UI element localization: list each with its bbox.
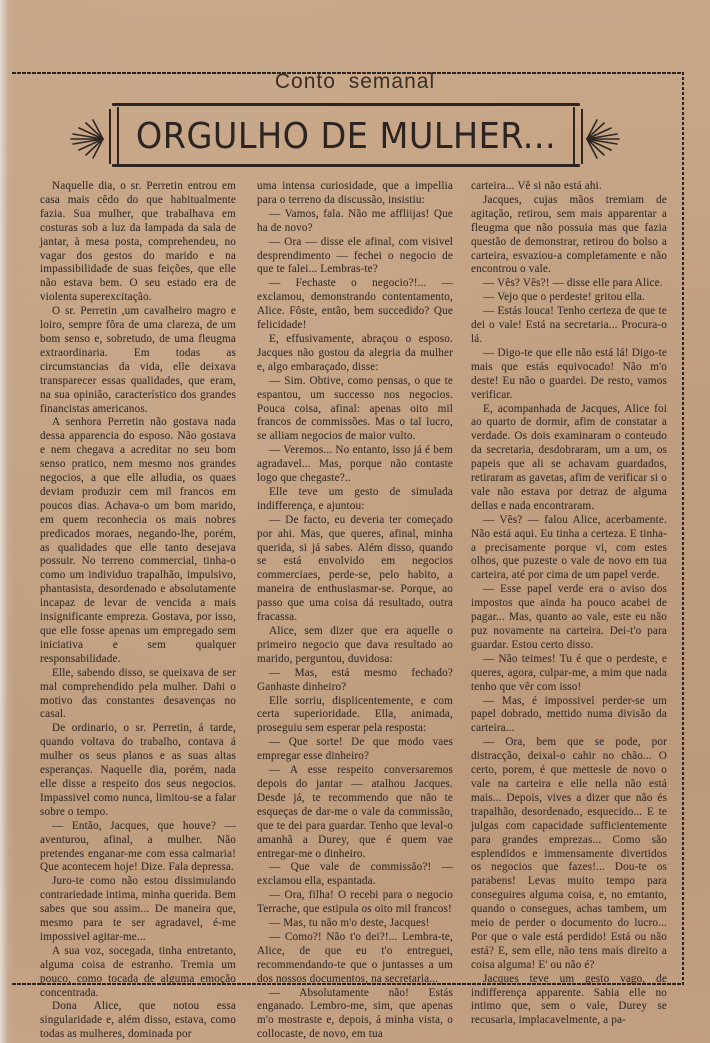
paragraph: — Mas, está mesmo fechado? Ganhaste dinh… [257,667,453,695]
paragraph: — Ora, bem que se pode, por distracção, … [471,736,667,972]
paragraph: Jacques teve um gesto vago, de indiffere… [471,973,667,1029]
paragraph: — Estás louca! Tenho certeza de que te d… [471,305,667,347]
paragraph: — Vejo que o perdeste! gritou ella. [471,291,667,305]
paragraph: — De facto, eu deveria ter começado por … [257,514,453,625]
paragraph: — Sim. Obtive, como pensas, o que te esp… [257,375,453,445]
section-kicker: Conto semanal [0,70,710,94]
paragraph: De ordinario, o sr. Perretin, á tarde, q… [40,722,236,819]
paragraph: — Fechaste o negocio?!... — exclamou, de… [257,277,453,333]
text-column-3: carteira... Vê si não está ahi.Jacques, … [471,180,667,1028]
paragraph: Dona Alice, que notou essa singularidade… [40,1000,236,1042]
fan-ornament-icon [69,117,105,161]
paragraph: Juro-te como não estou dissimulando cont… [40,875,236,945]
paragraph: A senhora Perretin não gostava nada dess… [40,416,236,666]
paragraph: — Não teimes! Tu é que o perdeste, e que… [471,653,667,695]
paragraph: Jacques, cujas mãos tremiam de agitação,… [471,194,667,277]
paragraph: — Que sorte! De que modo vaes empregar e… [257,736,453,764]
text-column-1: Naquelle dia, o sr. Perretin entrou em c… [40,180,236,1042]
paragraph: E, effusivamente, abraçou o esposo. Jacq… [257,333,453,375]
right-dotted-rule [682,72,684,985]
paragraph: Naquelle dia, o sr. Perretin entrou em c… [40,180,236,305]
paragraph: — Mas, é impossivel perder-se um papel d… [471,695,667,737]
paragraph: — Vês? — falou Alice, acerbamente. Não e… [471,514,667,584]
title-box-bottom-rule [112,164,580,167]
story-title: ORGULHO DE MULHER... [126,117,567,157]
paragraph: — Que vale de commissão?! — exclamou ell… [257,861,453,889]
title-box-top-rule [112,103,580,106]
story-columns: Naquelle dia, o sr. Perretin entrou em c… [40,180,668,980]
paragraph: Elle teve um gesto de simulada indiffere… [257,486,453,514]
paragraph: carteira... Vê si não está ahi. [471,180,667,194]
paragraph: — Absolutamente não! Estás enganado. Lem… [257,987,453,1043]
paragraph: O sr. Perretin ,um cavalheiro magro e lo… [40,305,236,416]
paragraph: — Como?! Não t'o dei?!... Lembra-te, Ali… [257,931,453,987]
fan-ornament-icon [585,117,621,161]
paragraph: — Então, Jacques, que houve? — aventurou… [40,820,236,876]
title-box-right-rule [581,109,583,164]
paragraph: — Vês? Vês?! — disse elle para Alice. [471,277,667,291]
paragraph: E, acompanhada de Jacques, Alice foi ao … [471,403,667,514]
paragraph: — Digo-te que elle não está lá! Digo-te … [471,347,667,403]
paragraph: Elle sorriu, displicentemente, e com cer… [257,695,453,737]
paragraph: — Ora — disse ele afinal, com visivel de… [257,236,453,278]
title-box-left-rule [109,109,111,164]
paragraph: — Vamos, fala. Não me affliijas! Que ha … [257,208,453,236]
paragraph: Elle, sabendo disso, se queixava de ser … [40,667,236,723]
paragraph: uma intensa curiosidade, que a impellia … [257,180,453,208]
paragraph: — Mas, tu não m'o deste, Jacques! [257,917,453,931]
paragraph: — A esse respeito conversaremos depois d… [257,764,453,861]
title-box: ORGULHO DE MULHER... [109,103,583,167]
text-column-2: uma intensa curiosidade, que a impellia … [257,180,453,1042]
paragraph: — Esse papel verde era o aviso dos impos… [471,583,667,653]
title-box-left-inner-rule [117,107,119,167]
title-box-right-inner-rule [573,107,575,167]
paragraph: — Ora, filha! O recebi para o negocio Te… [257,889,453,917]
paragraph: Alice, sem dizer que era aquelle o prime… [257,625,453,667]
paragraph: — Veremos... No entanto, isso já é bem a… [257,444,453,486]
paragraph: A sua voz, socegada, tinha entretanto, a… [40,945,236,1001]
